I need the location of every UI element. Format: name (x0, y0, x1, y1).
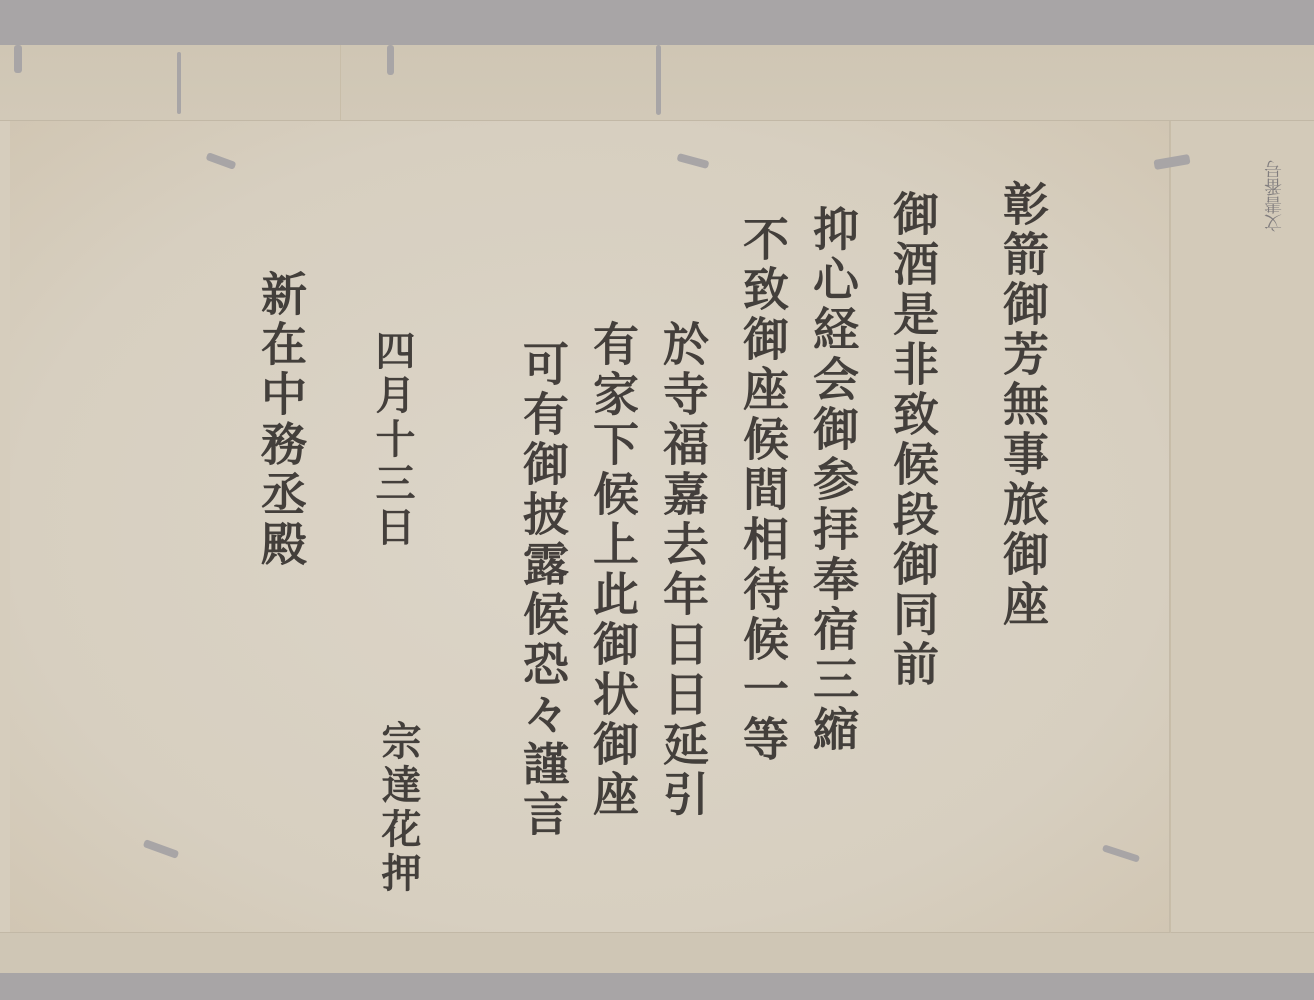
calligraphy-column-7: 可有御披露候恐々謹言 (520, 340, 566, 840)
calligraphy-column-6: 有家下候上此御状御座 (590, 320, 636, 820)
pencil-annotation: 文書番号 (1262, 160, 1288, 232)
addressee-column: 新在中務丞殿 (258, 270, 304, 570)
calligraphy-column-5: 於寺福嘉去年日日延引 (660, 320, 706, 820)
signature-column: 宗達花押 (378, 720, 418, 896)
calligraphy-column-4: 不致御座候間相待候一等 (740, 215, 786, 765)
calligraphy-column-3: 抑心経会御参拝奉宿三縮 (810, 205, 856, 755)
calligraphy-column-2: 御酒是非致候段御同前 (890, 190, 936, 690)
bottom-mounting-band (0, 932, 1314, 973)
date-column: 四月十三日 (372, 330, 412, 550)
right-mounting-strip (1169, 121, 1314, 933)
calligraphy-column-1: 彰箭御芳無事旅御座 (1000, 180, 1046, 630)
